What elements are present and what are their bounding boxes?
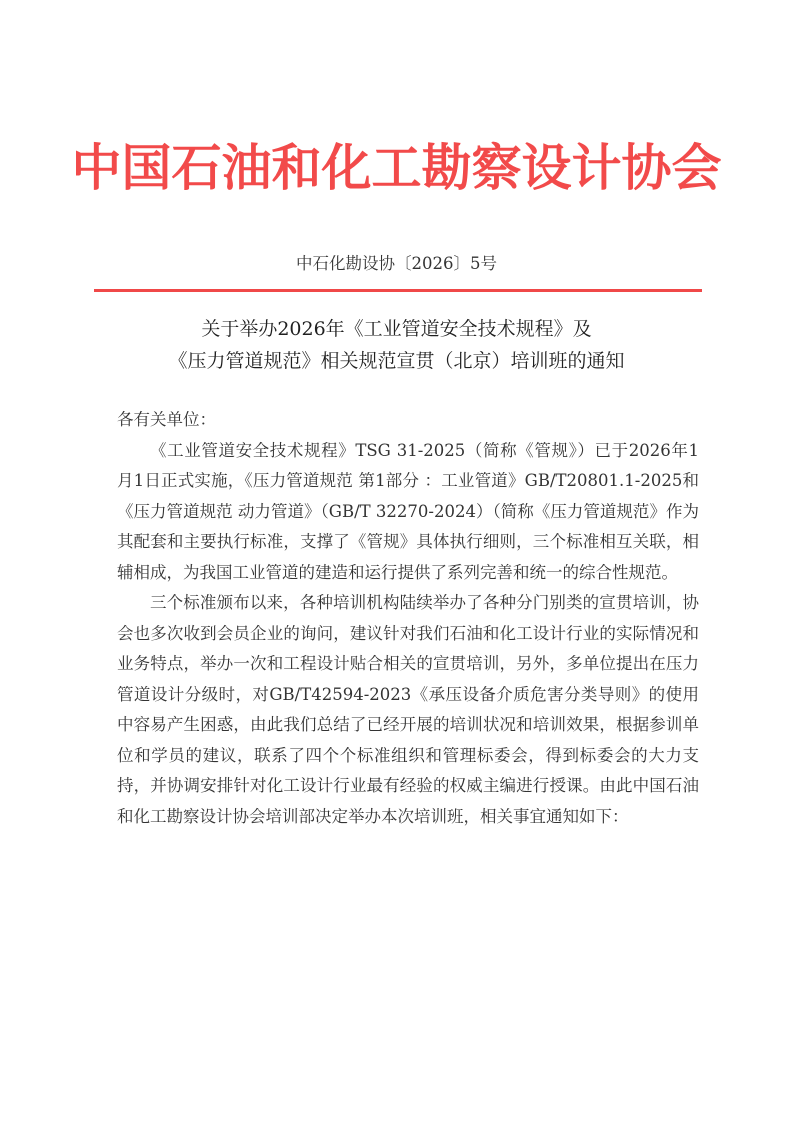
paragraph-2: 三个标准颁布以来，各种培训机构陆续举办了各种分门别类的宣贯培训，协会也多次收到会…: [117, 588, 699, 832]
notice-title: 关于举办2026年《工业管道安全技术规程》及 《压力管道规范》相关规范宣贯（北京…: [0, 313, 793, 377]
notice-body: 各有关单位： 《工业管道安全技术规程》TSG 31-2025（简称《管规》）已于…: [117, 405, 699, 832]
notice-title-line-2: 《压力管道规范》相关规范宣贯（北京）培训班的通知: [0, 345, 793, 377]
red-header-rule: [94, 289, 702, 292]
salutation: 各有关单位：: [117, 405, 699, 436]
masthead-org-name: 中国石油和化工勘察设计协会: [0, 138, 793, 198]
paragraph-1: 《工业管道安全技术规程》TSG 31-2025（简称《管规》）已于2026年1月…: [117, 436, 699, 589]
notice-title-line-1: 关于举办2026年《工业管道安全技术规程》及: [0, 313, 793, 345]
document-number: 中石化勘设协〔2026〕5号: [0, 253, 793, 275]
